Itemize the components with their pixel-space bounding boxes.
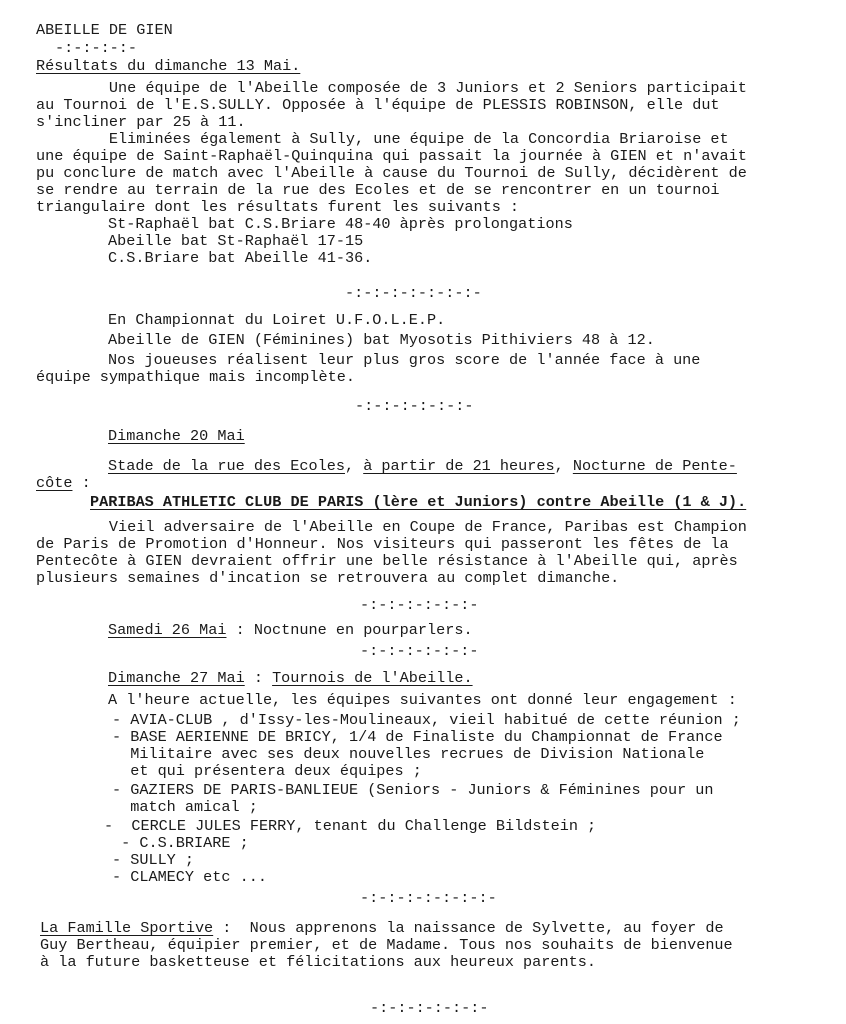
- championnat-line: En Championnat du Loiret U.F.O.L.E.P.: [108, 312, 445, 329]
- header-separator: -:-:-:-:-: [55, 40, 137, 57]
- dimanche20-info-cont: côte :: [36, 475, 91, 492]
- results-para2-line: triangulaire dont les résultats furent l…: [36, 199, 519, 216]
- score-line: C.S.Briare bat Abeille 41-36.: [108, 250, 372, 267]
- venue: Stade de la rue des Ecoles: [108, 457, 345, 475]
- dimanche20-para-line: Pentecôte à GIEN devraient offrir une be…: [36, 553, 738, 570]
- tournoi-title: Tournois de l'Abeille.: [272, 669, 473, 687]
- team-list-item: - CERCLE JULES FERRY, tenant du Challeng…: [104, 818, 596, 835]
- team-list-item: - AVIA-CLUB , d'Issy-les-Moulineaux, vie…: [112, 712, 741, 729]
- team-list-item: - BASE AERIENNE DE BRICY, 1/4 de Finalis…: [112, 729, 723, 746]
- team-list-item: et qui présentera deux équipes ;: [112, 763, 422, 780]
- dimanche27-intro: A l'heure actuelle, les équipes suivante…: [108, 692, 737, 709]
- team-list-item: - GAZIERS DE PARIS-BANLIEUE (Seniors - J…: [112, 782, 714, 799]
- dimanche27-date: Dimanche 27 Mai: [108, 669, 245, 687]
- event-name: Nocturne de Pente-: [573, 457, 737, 475]
- results-para1-line: Une équipe de l'Abeille composée de 3 Ju…: [36, 80, 747, 97]
- famille-line: La Famille Sportive : Nous apprenons la …: [40, 920, 724, 937]
- team-list-item: Militaire avec ses deux nouvelles recrue…: [112, 746, 704, 763]
- results-para2-line: Eliminées également à Sully, une équipe …: [36, 131, 729, 148]
- famille-line: à la future basketteuse et félicitations…: [40, 954, 596, 971]
- match-announcement: PARIBAS ATHLETIC CLUB DE PARIS (lère et …: [90, 494, 746, 511]
- team-list-item: match amical ;: [112, 799, 258, 816]
- score-line: Abeille bat St-Raphaël 17-15: [108, 233, 363, 250]
- typewritten-page: ABEILLE DE GIEN -:-:-:-:- Résultats du d…: [0, 0, 846, 1024]
- event-name-cont: côte: [36, 474, 72, 492]
- famille-line: Guy Bertheau, équipier premier, et de Ma…: [40, 937, 733, 954]
- dimanche20-title: Dimanche 20 Mai: [108, 428, 245, 445]
- samedi26-text: : Noctnune en pourparlers.: [226, 621, 472, 639]
- section-separator: -:-:-:-:-:-:-: [355, 398, 473, 415]
- results-para1-line: au Tournoi de l'E.S.SULLY. Opposée à l'é…: [36, 97, 720, 114]
- dimanche27-line: Dimanche 27 Mai : Tournois de l'Abeille.: [108, 670, 473, 687]
- famille-title: La Famille Sportive: [40, 919, 213, 937]
- section-separator: -:-:-:-:-:-:-:-: [345, 285, 482, 302]
- section-separator: -:-:-:-:-:-:-: [360, 643, 478, 660]
- samedi26-line: Samedi 26 Mai : Noctnune en pourparlers.: [108, 622, 473, 639]
- team-list-item: - CLAMECY etc ...: [112, 869, 267, 886]
- dimanche20-para-line: plusieurs semaines d'incation se retrouv…: [36, 570, 619, 587]
- championnat-line: équipe sympathique mais incomplète.: [36, 369, 355, 386]
- start-time: à partir de 21 heures: [363, 457, 554, 475]
- section-separator: -:-:-:-:-:-:-: [360, 597, 478, 614]
- section-separator: -:-:-:-:-:-:-:-: [360, 890, 497, 907]
- dimanche20-para-line: Vieil adversaire de l'Abeille en Coupe d…: [36, 519, 747, 536]
- club-name: ABEILLE DE GIEN: [36, 22, 173, 39]
- championnat-line: Abeille de GIEN (Féminines) bat Myosotis…: [108, 332, 655, 349]
- results-para2-line: pu conclure de match avec l'Abeille à ca…: [36, 165, 747, 182]
- score-line: St-Raphaël bat C.S.Briare 48-40 àprès pr…: [108, 216, 573, 233]
- results-title: Résultats du dimanche 13 Mai.: [36, 58, 300, 75]
- team-list-item: - C.S.BRIARE ;: [112, 835, 249, 852]
- dimanche20-para-line: de Paris de Promotion d'Honneur. Nos vis…: [36, 536, 729, 553]
- dimanche20-info-line: Stade de la rue des Ecoles, à partir de …: [108, 458, 737, 475]
- team-list-item: - SULLY ;: [112, 852, 194, 869]
- results-para2-line: se rendre au terrain de la rue des Ecole…: [36, 182, 720, 199]
- results-para1-line: s'incliner par 25 à 11.: [36, 114, 246, 131]
- footer-separator: -:-:-:-:-:-:-: [370, 1000, 488, 1017]
- results-para2-line: une équipe de Saint-Raphaël-Quinquina qu…: [36, 148, 747, 165]
- samedi26-date: Samedi 26 Mai: [108, 621, 226, 639]
- championnat-line: Nos joueuses réalisent leur plus gros sc…: [108, 352, 700, 369]
